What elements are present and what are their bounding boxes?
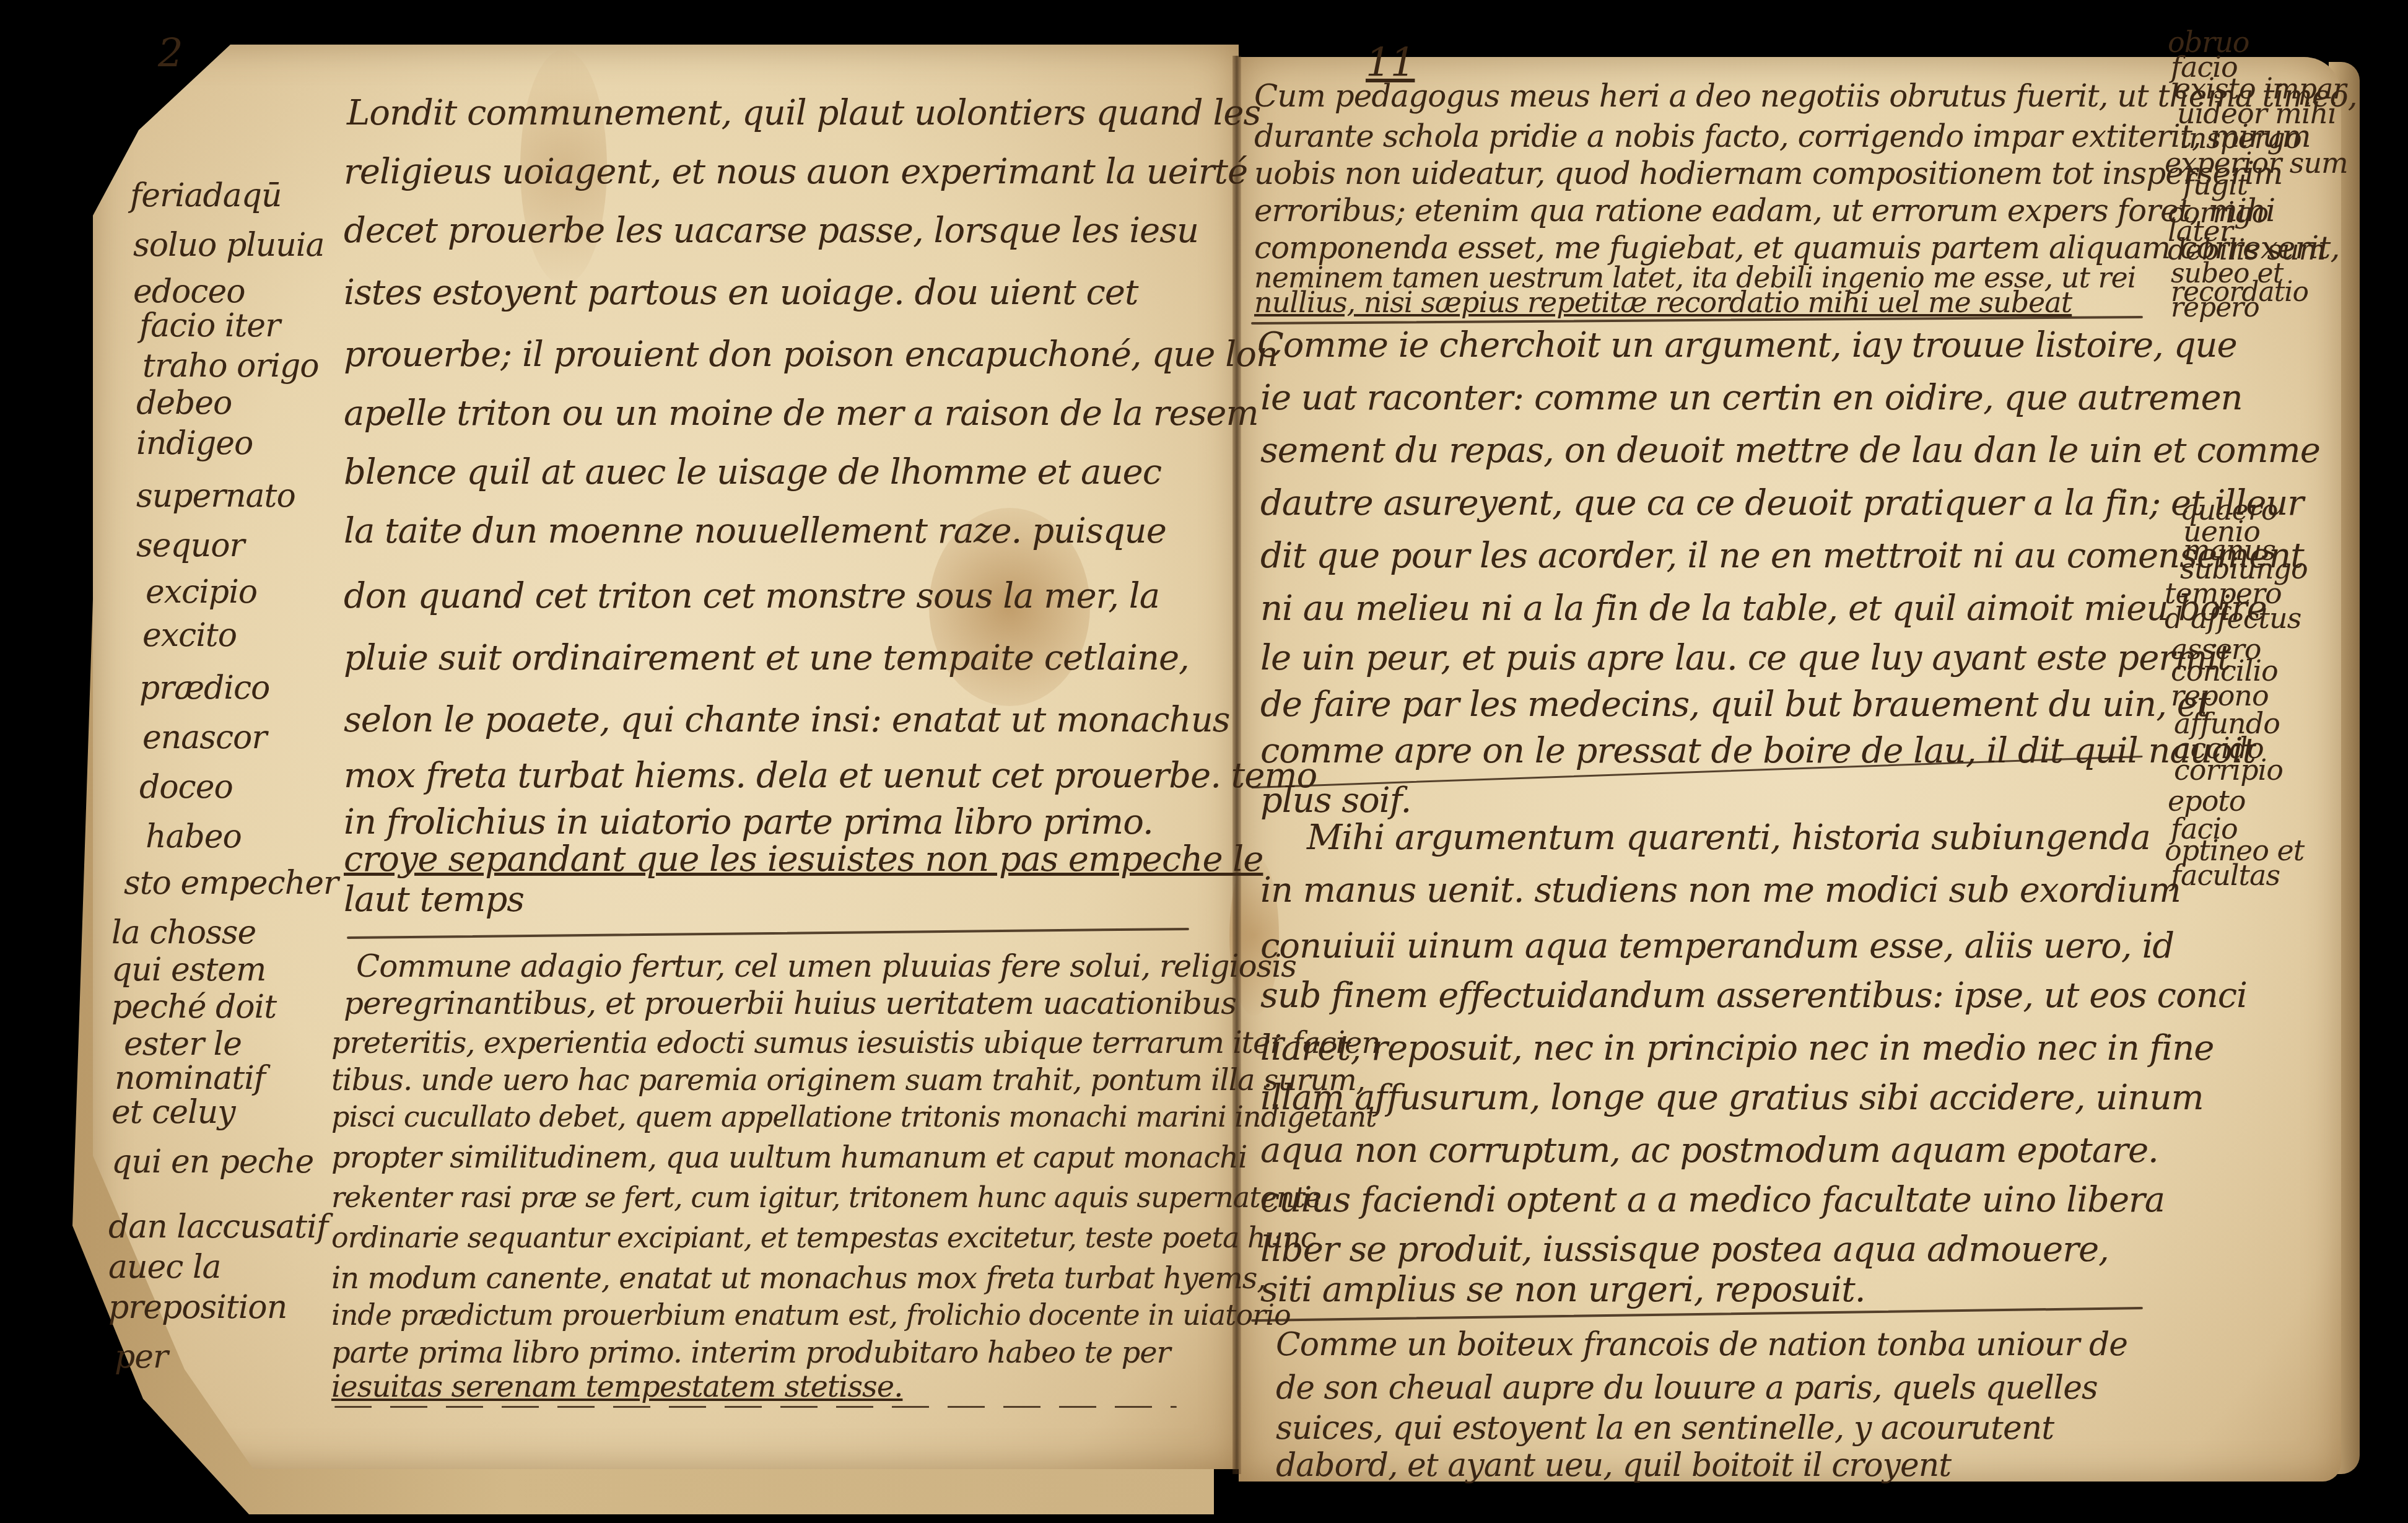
- gloss: supernato: [136, 480, 295, 512]
- gloss: soluo pluuia: [133, 229, 324, 261]
- gloss: facultas: [2171, 861, 2280, 889]
- gloss: repero: [2171, 294, 2259, 321]
- gloss: preposition: [108, 1291, 287, 1324]
- text-line: don quand cet triton cet monstre sous la…: [344, 579, 1159, 614]
- text-line: peregrinantibus, et prouerbii huius ueri…: [344, 988, 1236, 1019]
- gloss: repono: [2171, 681, 2269, 710]
- gloss: enascor: [142, 722, 266, 754]
- gloss: qui en peche: [111, 1146, 313, 1178]
- gloss: habeo: [146, 821, 242, 853]
- text-line: Commune adagio fertur, cel umen pluuias …: [356, 951, 1296, 982]
- gloss: nominatif: [115, 1062, 265, 1094]
- gloss: la chosse: [111, 917, 256, 949]
- text-line: aqua non corruptum, ac postmodum aquam e…: [1260, 1133, 2158, 1168]
- text-line: croye sepandant que les iesuistes non pa…: [344, 842, 1263, 877]
- text-line: religieus uoiagent, et nous auon experim…: [344, 155, 1247, 190]
- text-line: in modum canente, enatat ut monachus mox…: [331, 1263, 1266, 1293]
- page-number-left: 2: [158, 34, 183, 74]
- gloss: qui estem: [111, 954, 266, 986]
- text-line: prouerbe; il prouient don poison encapuc…: [344, 338, 1278, 372]
- gloss: epoto: [2168, 787, 2246, 815]
- gloss: facio iter: [139, 310, 280, 342]
- gloss: sto empecher: [124, 867, 338, 899]
- text-line: ni au melieu ni a la fin de la table, et…: [1260, 591, 2267, 626]
- text-line: le uin peur, et puis apre lau. ce que lu…: [1260, 641, 2231, 676]
- text-line: Mihi argumentum quarenti, historia subiu…: [1307, 821, 2150, 855]
- text-line: uobis non uideatur, quod hodiernam compo…: [1254, 158, 2282, 189]
- gloss: sequor: [136, 530, 244, 562]
- text-line: apelle triton ou un moine de mer a raiso…: [344, 396, 1259, 431]
- text-line: suices, qui estoyent la en sentinelle, y…: [1276, 1412, 2054, 1444]
- gloss: auec la: [108, 1251, 221, 1283]
- text-line: blence quil at auec le uisage de lhomme …: [344, 455, 1161, 490]
- text-line: la taite dun moenne nouuellement raze. p…: [344, 514, 1166, 549]
- text-line: ie uat raconter: comme un certin en oidi…: [1260, 381, 2243, 416]
- gloss: dan laccusatif: [108, 1211, 328, 1243]
- gloss: prædico: [139, 672, 269, 704]
- text-line: in frolichius in uiatorio parte prima li…: [344, 805, 1153, 840]
- text-line: rekenter rasi præ se fert, cum igitur, t…: [331, 1183, 1321, 1211]
- text-line: liber se produit, iussisque postea aqua …: [1260, 1233, 2109, 1267]
- gloss: et celuy: [111, 1096, 235, 1128]
- gloss: ester le: [124, 1028, 242, 1060]
- text-line: pisci cucullato debet, quem appellatione…: [331, 1102, 1377, 1131]
- text-line: dautre asureyent, que ca ce deuoit prati…: [1260, 486, 2303, 521]
- text-line: in manus uenit. studiens non me modici s…: [1260, 873, 2181, 908]
- text-line: preteritis, experientia edocti sumus ies…: [331, 1028, 1380, 1058]
- text-line: comme apre on le pressat de boire de lau…: [1260, 734, 2256, 769]
- text-line: Londit communement, quil plaut uolontier…: [347, 96, 1260, 131]
- gloss: edoceo: [133, 276, 245, 308]
- gloss: fugit: [2183, 170, 2248, 199]
- text-line: pluie suit ordinairement et une tempaite…: [344, 641, 1189, 676]
- gloss: peché doit: [111, 991, 276, 1023]
- text-line: selon le poaete, qui chante insi: enatat…: [344, 703, 1229, 738]
- text-line: plus soif.: [1260, 783, 1411, 818]
- text-line: dit que pour les acorder, il ne en mettr…: [1260, 539, 2304, 574]
- text-line: conuiuii uinum aqua temperandum esse, al…: [1260, 929, 2174, 964]
- text-line: laut temps: [344, 883, 524, 917]
- section-divider: [334, 1406, 1177, 1408]
- gloss: feriadaqū: [130, 180, 282, 212]
- text-line: de son cheual aupre du louure a paris, q…: [1276, 1372, 2098, 1404]
- text-line: parte prima libro primo. interim produbi…: [331, 1338, 1170, 1368]
- gloss: excipio: [146, 576, 257, 608]
- text-line: sub finem effectuidandum asserentibus: i…: [1260, 979, 2247, 1013]
- gloss: doceo: [139, 771, 233, 803]
- text-line: erroribus; etenim qua ratione eadam, ut …: [1254, 195, 2275, 226]
- text-line: siti amplius se non urgeri, reposuit.: [1260, 1273, 1865, 1307]
- gloss: traho origo: [142, 350, 318, 382]
- gloss: indigeo: [136, 427, 253, 460]
- text-line: cuius faciendi optent a a medico faculta…: [1260, 1183, 2165, 1218]
- text-line: durante schola pridie a nobis facto, cor…: [1254, 121, 2311, 152]
- text-line: iesuitas serenam tempestatem stetisse.: [331, 1372, 902, 1402]
- text-line: decet prouerbe les uacarse passe, lorsqu…: [344, 214, 1198, 248]
- text-line: illam affusurum, longe que gratius sibi …: [1260, 1081, 2204, 1115]
- text-line: Comme ie cherchoit un argument, iay trou…: [1257, 328, 2237, 363]
- gloss: excito: [142, 619, 237, 652]
- text-line: mox freta turbat hiems. dela et uenut ce…: [344, 759, 1317, 793]
- text-line: ordinarie sequantur excipiant, et tempes…: [331, 1223, 1316, 1252]
- text-line: propter similitudinem, qua uultum humanu…: [331, 1143, 1247, 1172]
- text-line: inde prædictum prouerbium enatum est, fr…: [331, 1301, 1291, 1329]
- text-line: nullius, nisi sæpius repetitæ recordatio…: [1254, 288, 2072, 316]
- gloss: per: [115, 1341, 168, 1373]
- text-line: liaret, reposuit, nec in principio nec i…: [1260, 1031, 2214, 1066]
- gloss: corripio: [2174, 756, 2283, 784]
- gloss: debeo: [136, 387, 232, 419]
- gloss: d affectus: [2165, 604, 2301, 632]
- text-line: Comme un boiteux francois de nation tonb…: [1276, 1329, 2127, 1361]
- text-line: istes estoyent partous en uoiage. dou ui…: [344, 276, 1138, 310]
- text-line: tibus. unde uero hac paremia originem su…: [331, 1065, 1365, 1095]
- text-line: dabord, et ayant ueu, quil boitoit il cr…: [1276, 1449, 1951, 1482]
- text-line: sement du repas, on deuoit mettre de lau…: [1260, 434, 2320, 468]
- text-line: de faire par les medecins, quil but brau…: [1260, 687, 2210, 722]
- page-number-right: 11: [1366, 43, 1415, 83]
